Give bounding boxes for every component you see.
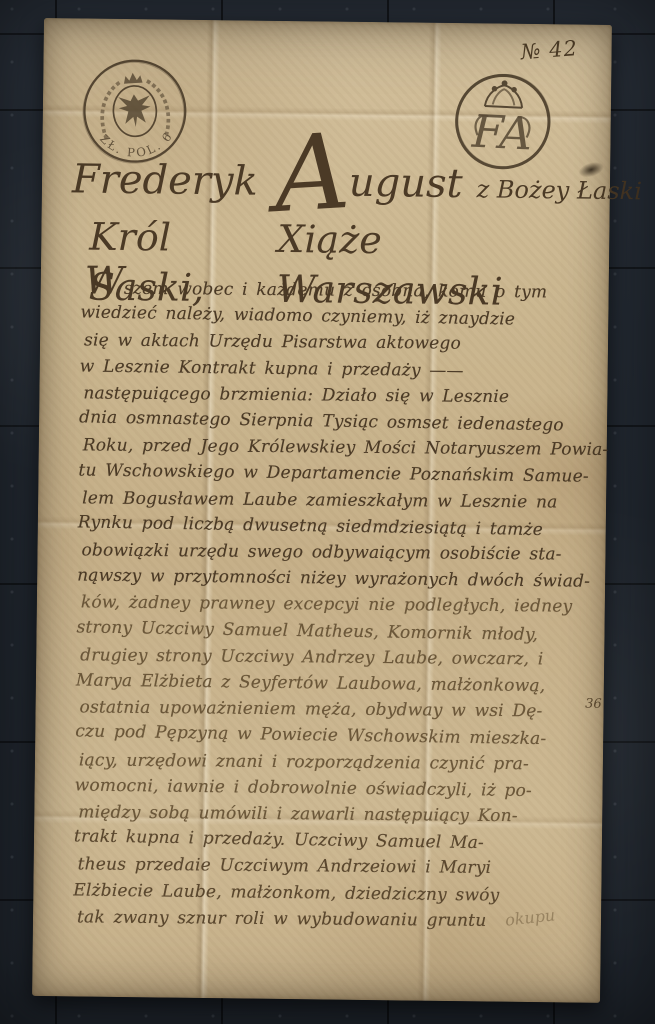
header-line-1: FrederykAugustz Bożey Łaski — [72, 152, 595, 217]
manuscript-line: się w aktach Urzędu Pisarstwa aktowego — [80, 328, 584, 359]
manuscript-line: iący, urzędowi znani i rozporządzenia cz… — [75, 747, 579, 778]
manuscript-line: drugiey strony Uczciwy Andrzey Laube, ow… — [76, 642, 580, 673]
folio-number: 36 — [585, 697, 602, 712]
laurel-branch-right — [146, 79, 169, 136]
manuscript-line: theus przedaie Uczciwym Andrzeiowi i Mar… — [74, 852, 578, 883]
crown-icon — [485, 81, 523, 108]
manuscript-page: № 42 ZŁ. POL. 6 — [32, 18, 612, 1003]
initial-a: A — [274, 171, 343, 175]
text-ugust: ugust — [349, 160, 463, 207]
text-frederyk: Frederyk — [72, 156, 258, 204]
eagle-icon — [118, 93, 152, 127]
manuscript-line: tak zwany sznur roli w wybudowaniu grunt… — [73, 904, 577, 935]
manuscript-line: Roku, przed Jego Królewskiey Mości Notar… — [79, 433, 583, 464]
crown-icon — [123, 72, 142, 83]
manuscript-body: Wszem wobec i każdemu z osobna, komu o t… — [73, 266, 585, 935]
monogram-fa: FA — [470, 105, 533, 161]
photo-scene: № 42 ZŁ. POL. 6 — [0, 0, 655, 1024]
manuscript-line: obowiązki urzędu swego odbywaiącym osobi… — [77, 537, 581, 568]
document-number: № 42 — [520, 36, 579, 64]
text-z-bozey-laski: z Bożey Łaski — [476, 175, 642, 205]
laurel-branch-left — [100, 82, 123, 139]
